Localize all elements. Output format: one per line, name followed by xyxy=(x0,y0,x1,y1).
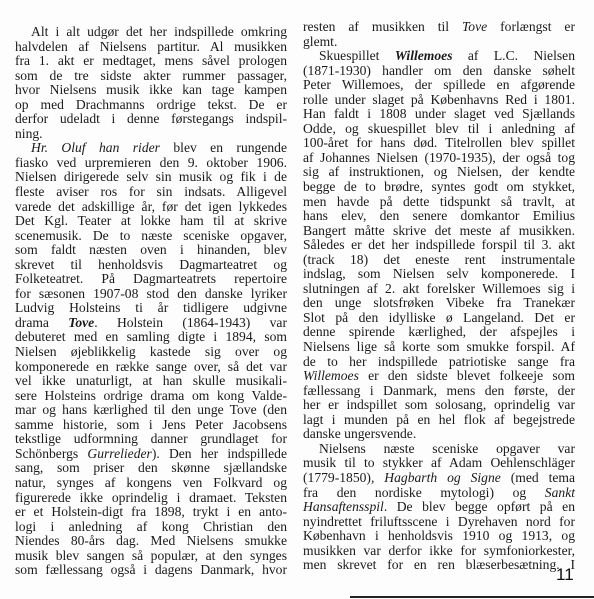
italic-title: Tove xyxy=(462,19,487,34)
text-segment: men havde på dette tidspunkt så travlt, … xyxy=(303,194,575,209)
text-segment: samme historie, som i Jens Peter Jacobse… xyxy=(15,417,287,432)
text-line: (1871-1930) handler om den danske søhelt xyxy=(303,64,575,79)
text-segment: som de tre sidste akter rummer passager, xyxy=(15,68,287,83)
text-segment: som fællessang også i dagens Danmark, hv… xyxy=(15,562,287,577)
text-line: Folketeatret. På Dagmarteatrets repertoi… xyxy=(15,272,287,287)
text-segment: er et Holstein-digt fra 1898, trykt i en… xyxy=(15,504,287,519)
text-line: figurerede ikke oprindelig i dramaet. Te… xyxy=(15,491,287,506)
text-line: fiasko ved urpremieren den 9. oktober 19… xyxy=(15,156,287,171)
italic-title: Hagbarth og Signe xyxy=(384,470,501,485)
text-segment: (track 18) det eneste rent instrumentale xyxy=(303,252,575,267)
text-line: fra den nordiske mytologi) og Sankt xyxy=(303,486,575,501)
text-line: som faldt næsten oven i hinanden, blev xyxy=(15,243,287,258)
text-line: Hansaftensspil. De blev begge opført på … xyxy=(303,500,575,515)
text-segment: sere Holsteins ordrige drama om kong Val… xyxy=(15,388,287,403)
text-segment: fiasko ved urpremieren den 9. oktober 19… xyxy=(15,155,287,170)
text-line: (track 18) det eneste rent instrumentale xyxy=(303,253,575,268)
text-segment: Alt i alt udgør det her indspillede omkr… xyxy=(31,24,287,39)
text-line: derfor udeladt i denne førstegangs indsp… xyxy=(15,112,287,127)
text-line: Bangert måtte skrive det meste af musikk… xyxy=(303,224,575,239)
text-segment: danske ungersvende. xyxy=(303,426,416,441)
text-segment: skrevet til henholdsvis Dagmarteatret og xyxy=(15,257,287,272)
text-line: for sæsonen 1907-08 stod den danske lyri… xyxy=(15,287,287,302)
italic-title: Willemoes xyxy=(303,368,359,383)
text-line: Niendes 80-års dag. Med Nielsens smukke xyxy=(15,534,287,549)
text-line: som de tre sidste akter rummer passager, xyxy=(15,69,287,84)
text-segment: derfor udeladt i denne førstegangs indsp… xyxy=(15,111,287,126)
text-line: op med Drachmanns ordrige tekst. De er xyxy=(15,98,287,113)
text-segment: (1779-1850), xyxy=(303,470,384,485)
text-segment: figurerede ikke oprindelig i dramaet. Te… xyxy=(15,490,287,505)
text-line: musik blev sangen så populær, at den syn… xyxy=(15,549,287,564)
text-segment: København i henholdsvis 1910 og 1913, og xyxy=(303,528,575,543)
italic-title: Gurrelieder xyxy=(87,446,151,461)
text-segment: Nielsens lige så korte som smukke forspi… xyxy=(303,339,575,354)
text-segment: varede det adskillige år, før det igen l… xyxy=(15,199,287,214)
text-segment: op med Drachmanns ordrige tekst. De er xyxy=(15,97,287,112)
text-line: tekstlige udformning danner grundlaget f… xyxy=(15,432,287,447)
text-line: Hr. Oluf han rider blev en rungende xyxy=(15,141,287,156)
text-segment: fællessang i Danmark, mens den første, d… xyxy=(303,383,575,398)
text-segment: for sæsonen 1907-08 stod den danske lyri… xyxy=(15,286,287,301)
text-line: de to her indspillede patriotiske sange … xyxy=(303,355,575,370)
text-line: Nielsens lige så korte som smukke forspi… xyxy=(303,340,575,355)
left-text-column: Alt i alt udgør det her indspillede omkr… xyxy=(15,25,287,578)
text-line: Odde, og skuespillet blev til i anlednin… xyxy=(303,122,575,137)
text-line: fra 1. akt er medtaget, mens såvel prolo… xyxy=(15,54,287,69)
text-line: resten af musikken til Tove forlængst er xyxy=(303,20,575,35)
text-line: mar og hans kærlighed til den unge Tove … xyxy=(15,403,287,418)
text-segment: musikken var derfor ikke for symfoniorke… xyxy=(303,543,575,558)
text-segment: forlængst er xyxy=(487,19,575,34)
text-line: nyindrettet friluftsscene i Dyrehaven no… xyxy=(303,515,575,530)
text-segment: komponerede en række sange over, så det … xyxy=(15,359,287,374)
text-line: fællessang i Danmark, mens den første, d… xyxy=(303,384,575,399)
text-segment: musik til to stykker af Adam Oehlenschlä… xyxy=(303,455,575,470)
text-line: sang, som priser den skønne sjællandske xyxy=(15,461,287,476)
text-line: halvdelen af Nielsens partitur. Al musik… xyxy=(15,40,287,55)
right-text-column: resten af musikken til Tove forlængst er… xyxy=(303,20,575,573)
text-line: natur, synges af kongens ven Folkvard og xyxy=(15,476,287,491)
text-segment: mar og hans kærlighed til den unge Tove … xyxy=(15,402,287,417)
text-line: men havde på dette tidspunkt så travlt, … xyxy=(303,195,575,210)
text-segment: nyindrettet friluftsscene i Dyrehaven no… xyxy=(303,514,575,529)
text-line: begge de to brødre, syntes godt om stykk… xyxy=(303,180,575,195)
text-segment: logi i anledning af kong Christian den xyxy=(15,519,287,534)
text-line: København i henholdsvis 1910 og 1913, og xyxy=(303,529,575,544)
text-segment: Nielsen øjeblikkelig kastede sig over og xyxy=(15,344,287,359)
text-segment: halvdelen af Nielsens partitur. Al musik… xyxy=(15,39,287,54)
text-segment: fleste aviser ros for sin indsats. Allig… xyxy=(15,184,287,199)
text-line: som fællessang også i dagens Danmark, hv… xyxy=(15,563,287,578)
text-segment: natur, synges af kongens ven Folkvard og xyxy=(15,475,287,490)
text-line: debuteret med en samling digte i 1894, s… xyxy=(15,330,287,345)
text-segment: her er indspillet som solosang, oprindel… xyxy=(303,397,575,412)
text-segment: Niendes 80-års dag. Med Nielsens smukke xyxy=(15,533,287,548)
text-line: Han faldt i 1808 under slaget ved Sjælla… xyxy=(303,107,575,122)
text-segment: vel ikke unaturligt, at han skulle musik… xyxy=(15,373,287,388)
text-segment: Odde, og skuespillet blev til i anlednin… xyxy=(303,121,575,136)
text-segment: (med tema xyxy=(501,470,575,485)
text-segment: fra 1. akt er medtaget, mens såvel prolo… xyxy=(15,53,287,68)
text-line: scenemusik. De to næste sceniske opgaver… xyxy=(15,229,287,244)
text-segment: . De blev begge opført på en xyxy=(384,499,575,514)
text-segment: sig af instruktionen, og Nielsen, der ke… xyxy=(303,164,575,179)
text-line: sig af instruktionen, og Nielsen, der ke… xyxy=(303,165,575,180)
text-segment: af L.C. Nielsen xyxy=(452,48,575,63)
text-line: hvor Nielsens musik ikke kan tage kampen xyxy=(15,83,287,98)
text-line: men skrevet for en ren blæserbesætning. … xyxy=(303,558,575,573)
text-segment: Folketeatret. På Dagmarteatrets repertoi… xyxy=(15,271,287,286)
text-line: Willemoes er den sidste blevet folkeeje … xyxy=(303,369,575,384)
text-segment: fra den nordiske mytologi) og xyxy=(303,485,545,500)
text-line: samme historie, som i Jens Peter Jacobse… xyxy=(15,418,287,433)
text-line: Nielsens næste sceniske opgaver var xyxy=(303,442,575,457)
text-line: (1779-1850), Hagbarth og Signe (med tema xyxy=(303,471,575,486)
text-segment: . Holstein (1864-1943) var xyxy=(94,315,287,330)
text-line: her er indspillet som solosang, oprindel… xyxy=(303,398,575,413)
text-segment: hvor Nielsens musik ikke kan tage kampen xyxy=(15,82,287,97)
text-segment: tekstlige udformning danner grundlaget f… xyxy=(15,431,287,446)
bold-italic-title: Tove xyxy=(68,315,94,330)
text-line: sere Holsteins ordrige drama om kong Val… xyxy=(15,389,287,404)
text-line: Skuespillet Willemoes af L.C. Nielsen xyxy=(303,49,575,64)
text-segment: den unge slotsfrøken Vibeke fra Tranekær xyxy=(303,295,575,310)
text-line: af Johannes Nielsen (1970-1935), der ogs… xyxy=(303,151,575,166)
text-line: Peter Willemoes, der spillede en afgøren… xyxy=(303,78,575,93)
text-segment: af Johannes Nielsen (1970-1935), der ogs… xyxy=(303,150,575,165)
text-segment: resten af musikken til xyxy=(303,19,462,34)
text-segment: drama xyxy=(15,315,68,330)
text-line: musikken var derfor ikke for symfoniorke… xyxy=(303,544,575,559)
text-segment: denne spirende kærlighed, der afspejles … xyxy=(303,324,575,339)
text-line: rolle under slaget på Københavns Red i 1… xyxy=(303,93,575,108)
text-segment: rolle under slaget på Københavns Red i 1… xyxy=(303,92,575,107)
text-segment: Ludvig Holsteins ti år tidligere udgivne xyxy=(15,300,287,315)
text-line: fleste aviser ros for sin indsats. Allig… xyxy=(15,185,287,200)
italic-title: Hr. Oluf han rider xyxy=(31,140,160,155)
text-segment: Det Kgl. Teater at lokke ham til at skri… xyxy=(15,213,287,228)
text-segment: Nielsens næste sceniske opgaver var xyxy=(319,441,575,456)
text-line: lagt i munden på en hel flok af begejstr… xyxy=(303,413,575,428)
text-line: Schönbergs Gurrelieder). Den her indspil… xyxy=(15,447,287,462)
text-line: den unge slotsfrøken Vibeke fra Tranekær xyxy=(303,296,575,311)
text-segment: Således er det her indspillede forspil t… xyxy=(303,237,575,252)
text-line: skrevet til henholdsvis Dagmarteatret og xyxy=(15,258,287,273)
text-segment: men skrevet for en ren blæserbesætning. … xyxy=(303,557,575,572)
text-line: Nielsen øjeblikkelig kastede sig over og xyxy=(15,345,287,360)
text-segment: Nielsen dirigerede selv sin musik og fik… xyxy=(15,169,287,184)
text-line: indslag, som Nielsen selv komponerede. I xyxy=(303,267,575,282)
text-segment: Slot på den idylliske ø Langeland. Det e… xyxy=(303,310,575,325)
text-line: Nielsen dirigerede selv sin musik og fik… xyxy=(15,170,287,185)
text-line: er et Holstein-digt fra 1898, trykt i en… xyxy=(15,505,287,520)
text-line: Ludvig Holsteins ti år tidligere udgivne xyxy=(15,301,287,316)
text-segment: 100-året for hans død. Titelrollen blev … xyxy=(303,135,575,150)
text-segment: Bangert måtte skrive det meste af musikk… xyxy=(303,223,575,238)
bold-italic-title: Willemoes xyxy=(395,48,453,63)
text-segment: musik blev sangen så populær, at den syn… xyxy=(15,548,287,563)
text-line: danske ungersvende. xyxy=(303,427,575,442)
text-segment: Skuespillet xyxy=(319,48,395,63)
italic-title: Sankt xyxy=(545,485,575,500)
text-line: Alt i alt udgør det her indspillede omkr… xyxy=(15,25,287,40)
text-line: vel ikke unaturligt, at han skulle musik… xyxy=(15,374,287,389)
text-line: 100-året for hans død. Titelrollen blev … xyxy=(303,136,575,151)
text-line: Det Kgl. Teater at lokke ham til at skri… xyxy=(15,214,287,229)
text-segment: (1871-1930) handler om den danske søhelt xyxy=(303,63,575,78)
text-line: drama Tove. Holstein (1864-1943) var xyxy=(15,316,287,331)
document-page: Alt i alt udgør det her indspillede omkr… xyxy=(0,0,594,599)
text-line: logi i anledning af kong Christian den xyxy=(15,520,287,535)
italic-title: Hansaftensspil xyxy=(303,499,384,514)
text-segment: begge de to brødre, syntes godt om stykk… xyxy=(303,179,575,194)
text-segment: indslag, som Nielsen selv komponerede. I xyxy=(303,266,575,281)
bottom-rule xyxy=(350,596,594,598)
text-segment: ). Den her indspillede xyxy=(152,446,287,461)
text-segment: slutningen af 2. akt forelsker Willemoes… xyxy=(303,281,575,296)
text-line: denne spirende kærlighed, der afspejles … xyxy=(303,325,575,340)
text-segment: sang, som priser den skønne sjællandske xyxy=(15,460,287,475)
text-line: ning. xyxy=(15,127,287,142)
text-segment: glemt. xyxy=(303,34,337,49)
text-line: varede det adskillige år, før det igen l… xyxy=(15,200,287,215)
text-line: Således er det her indspillede forspil t… xyxy=(303,238,575,253)
text-segment: er den sidste blevet folkeeje som xyxy=(359,368,575,383)
text-line: komponerede en række sange over, så det … xyxy=(15,360,287,375)
text-line: slutningen af 2. akt forelsker Willemoes… xyxy=(303,282,575,297)
text-segment: Schönbergs xyxy=(15,446,87,461)
text-line: hans elev, den senere domkantor Emilius xyxy=(303,209,575,224)
text-segment: de to her indspillede patriotiske sange … xyxy=(303,354,575,369)
text-line: glemt. xyxy=(303,35,575,50)
text-line: musik til to stykker af Adam Oehlenschlä… xyxy=(303,456,575,471)
text-segment: ning. xyxy=(15,126,43,141)
text-segment: blev en rungende xyxy=(160,140,287,155)
text-segment: som faldt næsten oven i hinanden, blev xyxy=(15,242,287,257)
text-segment: scenemusik. De to næste sceniske opgaver… xyxy=(15,228,287,243)
text-segment: Han faldt i 1808 under slaget ved Sjælla… xyxy=(303,106,575,121)
text-segment: debuteret med en samling digte i 1894, s… xyxy=(15,329,287,344)
text-segment: Peter Willemoes, der spillede en afgøren… xyxy=(303,77,575,92)
text-line: Slot på den idylliske ø Langeland. Det e… xyxy=(303,311,575,326)
page-number: 11 xyxy=(556,565,574,585)
text-segment: lagt i munden på en hel flok af begejstr… xyxy=(303,412,575,427)
text-segment: hans elev, den senere domkantor Emilius xyxy=(303,208,575,223)
